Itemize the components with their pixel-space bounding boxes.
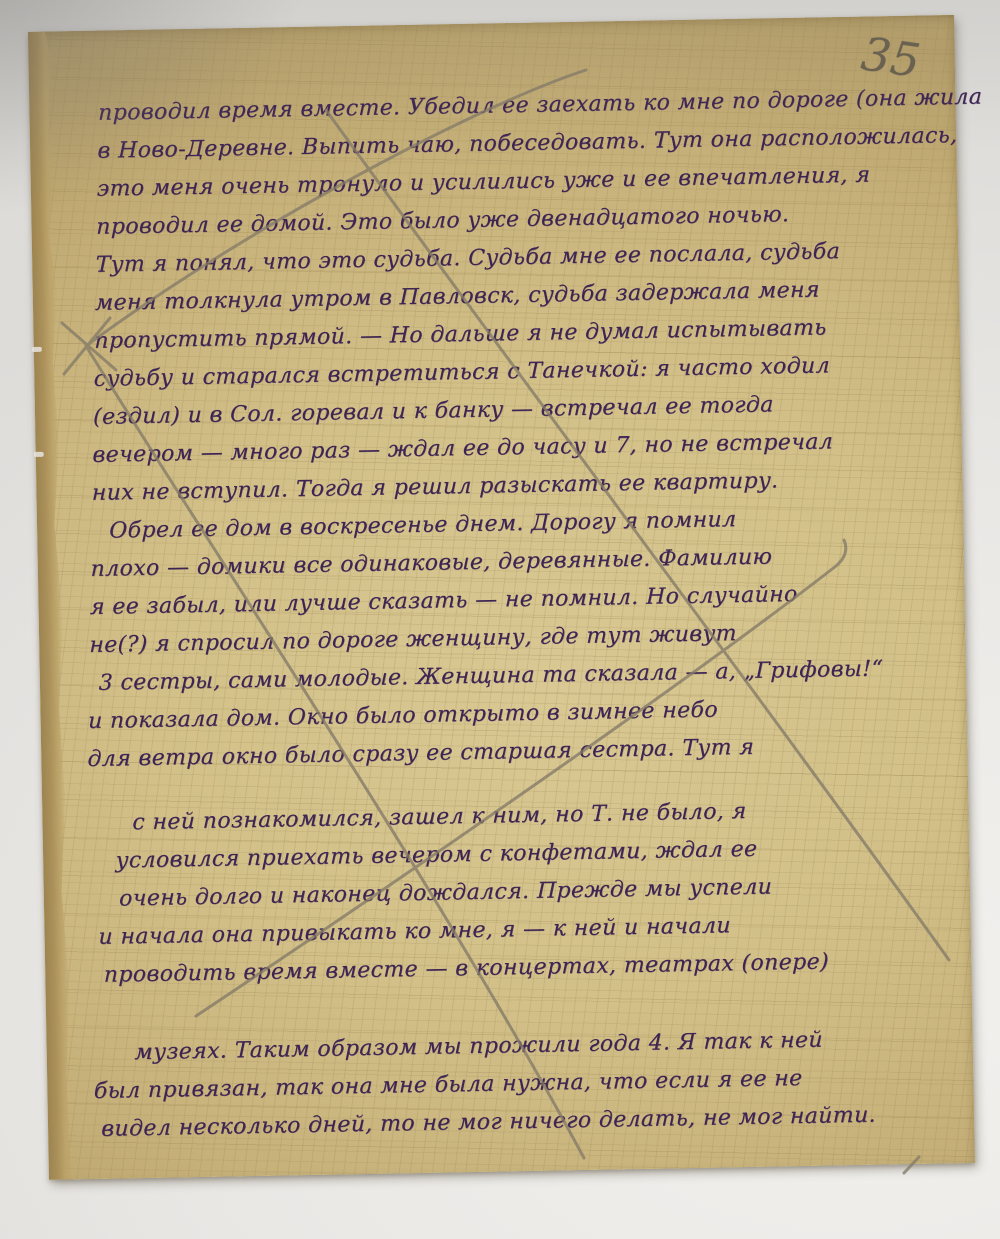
- binding-notch: [32, 347, 42, 352]
- handwritten-text: проводил время вместе. Убедил ее заехать…: [29, 15, 973, 1150]
- photo-of-manuscript: 35 проводил время вместе. Убедил ее заех…: [0, 0, 1000, 1239]
- manuscript-page: 35 проводил время вместе. Убедил ее заех…: [28, 15, 975, 1180]
